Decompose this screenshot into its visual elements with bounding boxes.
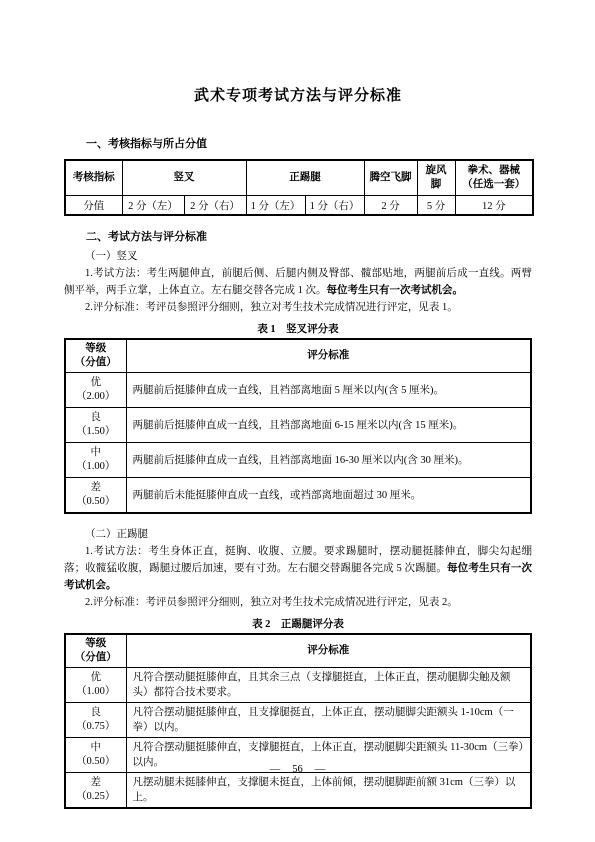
indicators-header-shucha: 竖叉 — [122, 160, 246, 196]
table-row: 分值 2 分（左） 2 分（右） 1 分（左） 1 分（右） 2 分 5 分 1… — [65, 196, 533, 216]
grade-value: （0.75） — [69, 720, 123, 734]
zhengtitui-scoring-paragraph: 2.评分标准：考评员参照评分细则，独立对考生技术完成情况进行评定，见表 2。 — [64, 594, 532, 611]
grade-cell: 中 （1.00） — [65, 443, 126, 478]
criteria-cell: 凡符合摆动腿挺膝伸直，且支撑腿挺直，上体正直，摆动腿脚尖距额头 1-10cm（一… — [126, 703, 531, 738]
footer-left-dash: — — [270, 764, 281, 775]
indicators-header-zhengtitui: 正踢腿 — [246, 160, 364, 196]
shucha-scoring-table: 等级 （分值） 评分标准 优 （2.00） 两腿前后挺膝伸直成一直线，且裆部离地… — [64, 338, 532, 514]
grade-value: （0.50） — [69, 495, 123, 509]
indicators-header-quanshu-qixie: 拳术、器械（任选一套） — [455, 160, 533, 196]
section-heading-methods: 二、考试方法与评分标准 — [64, 228, 532, 244]
grade-label: 良 — [69, 411, 123, 425]
grade-label: 良 — [69, 706, 123, 720]
shucha-method-paragraph: 1.考试方法：考生两腿伸直，前腿后侧、后腿内侧及臀部、髋部贴地，两腿前后成一直线… — [64, 265, 532, 299]
score-row-label: 分值 — [65, 196, 122, 216]
table1-header-criteria: 评分标准 — [126, 339, 531, 373]
grade-header-line2: （分值） — [69, 356, 123, 370]
score-zhengtitui-left: 1 分（左） — [246, 196, 305, 216]
grade-header-line1: 等级 — [69, 637, 123, 651]
grade-value: （0.25） — [69, 790, 123, 804]
subsection-heading-zhengtitui: （二）正踢腿 — [64, 526, 532, 541]
zhengtitui-method-paragraph: 1.考试方法：考生身体正直，挺胸、收腹、立腰。要求踢腿时，摆动腿挺膝伸直，脚尖勾… — [64, 543, 532, 594]
score-shucha-right: 2 分（右） — [184, 196, 246, 216]
score-tengkongfeijiao: 2 分 — [364, 196, 417, 216]
grade-label: 差 — [69, 776, 123, 790]
grade-label: 差 — [69, 481, 123, 495]
table-row: 等级 （分值） 评分标准 — [65, 339, 531, 373]
table2-header-grade: 等级 （分值） — [65, 634, 126, 668]
grade-label: 优 — [69, 376, 123, 390]
table2-caption: 表 2 正踢腿评分表 — [64, 616, 532, 631]
grade-cell: 优 （1.00） — [65, 668, 126, 703]
criteria-cell: 两腿前后挺膝伸直成一直线，且裆部离地面 5 厘米以内(含 5 厘米)。 — [126, 373, 531, 408]
score-xuanfengjiao: 5 分 — [417, 196, 455, 216]
score-zhengtitui-right: 1 分（右） — [305, 196, 364, 216]
criteria-cell: 两腿前后挺膝伸直成一直线，且裆部离地面 16-30 厘米以内(含 30 厘米)。 — [126, 443, 531, 478]
zhengtitui-scoring-table: 等级 （分值） 评分标准 优 （1.00） 凡符合摆动腿挺膝伸直，且其余三点（支… — [64, 633, 532, 809]
shucha-scoring-paragraph: 2.评分标准：考评员参照评分细则，独立对考生技术完成情况进行评定，见表 1。 — [64, 299, 532, 316]
page-title: 武术专项考试方法与评分标准 — [64, 84, 532, 105]
table-row: 优 （2.00） 两腿前后挺膝伸直成一直线，且裆部离地面 5 厘米以内(含 5 … — [65, 373, 531, 408]
grade-label: 中 — [69, 446, 123, 460]
criteria-cell: 两腿前后挺膝伸直成一直线，且裆部离地面 6-15 厘米以内(含 15 厘米)。 — [126, 408, 531, 443]
table-row: 优 （1.00） 凡符合摆动腿挺膝伸直，且其余三点（支撑腿挺直，上体正直，摆动腿… — [65, 668, 531, 703]
subsection-heading-shucha: （一）竖叉 — [64, 248, 532, 263]
grade-value: （2.00） — [69, 390, 123, 404]
shucha-method-bold: 每位考生只有一次考试机会。 — [327, 285, 464, 296]
grade-cell: 良 （1.50） — [65, 408, 126, 443]
table1-caption: 表 1 竖叉评分表 — [64, 321, 532, 336]
criteria-cell: 凡摆动腿未挺膝伸直，支撑腿未挺直，上体前倾，摆动腿脚距前额 31cm（三拳）以上… — [126, 773, 531, 809]
grade-header-line1: 等级 — [69, 342, 123, 356]
table2-header-criteria: 评分标准 — [126, 634, 531, 668]
criteria-cell: 两腿前后未能挺膝伸直成一直线，或裆部离地面超过 30 厘米。 — [126, 478, 531, 514]
indicators-header-label: 考核指标 — [65, 160, 122, 196]
indicators-header-xuanfengjiao: 旋风脚 — [417, 160, 455, 196]
page-number: 56 — [292, 764, 303, 775]
table1-header-grade: 等级 （分值） — [65, 339, 126, 373]
grade-cell: 良 （0.75） — [65, 703, 126, 738]
table-row: 考核指标 竖叉 正踢腿 腾空飞脚 旋风脚 拳术、器械（任选一套） — [65, 160, 533, 196]
table-row: 差 （0.50） 两腿前后未能挺膝伸直成一直线，或裆部离地面超过 30 厘米。 — [65, 478, 531, 514]
grade-value: （1.00） — [69, 685, 123, 699]
table-row: 良 （1.50） 两腿前后挺膝伸直成一直线，且裆部离地面 6-15 厘米以内(含… — [65, 408, 531, 443]
score-quanshu-qixie: 12 分 — [455, 196, 533, 216]
score-shucha-left: 2 分（左） — [122, 196, 184, 216]
grade-cell: 差 （0.25） — [65, 773, 126, 809]
table-row: 等级 （分值） 评分标准 — [65, 634, 531, 668]
document-page: 武术专项考试方法与评分标准 一、考核指标与所占分值 考核指标 竖叉 正踢腿 腾空… — [0, 0, 595, 842]
grade-label: 中 — [69, 741, 123, 755]
grade-header-line2: （分值） — [69, 651, 123, 665]
grade-cell: 优 （2.00） — [65, 373, 126, 408]
indicators-table: 考核指标 竖叉 正踢腿 腾空飞脚 旋风脚 拳术、器械（任选一套） 分值 2 分（… — [64, 159, 534, 216]
section-heading-indicators: 一、考核指标与所占分值 — [64, 135, 532, 151]
grade-cell: 差 （0.50） — [65, 478, 126, 514]
table-row: 良 （0.75） 凡符合摆动腿挺膝伸直，且支撑腿挺直，上体正直，摆动腿脚尖距额头… — [65, 703, 531, 738]
page-footer: —56— — [0, 764, 595, 775]
page-content: 武术专项考试方法与评分标准 一、考核指标与所占分值 考核指标 竖叉 正踢腿 腾空… — [0, 0, 595, 809]
indicators-header-tengkongfeijiao: 腾空飞脚 — [364, 160, 417, 196]
criteria-cell: 凡符合摆动腿挺膝伸直，且其余三点（支撑腿挺直，上体正直，摆动腿脚尖触及额头）都符… — [126, 668, 531, 703]
footer-right-dash: — — [315, 764, 326, 775]
grade-value: （1.50） — [69, 425, 123, 439]
table-row: 差 （0.25） 凡摆动腿未挺膝伸直，支撑腿未挺直，上体前倾，摆动腿脚距前额 3… — [65, 773, 531, 809]
table-row: 中 （1.00） 两腿前后挺膝伸直成一直线，且裆部离地面 16-30 厘米以内(… — [65, 443, 531, 478]
grade-value: （1.00） — [69, 460, 123, 474]
grade-label: 优 — [69, 671, 123, 685]
